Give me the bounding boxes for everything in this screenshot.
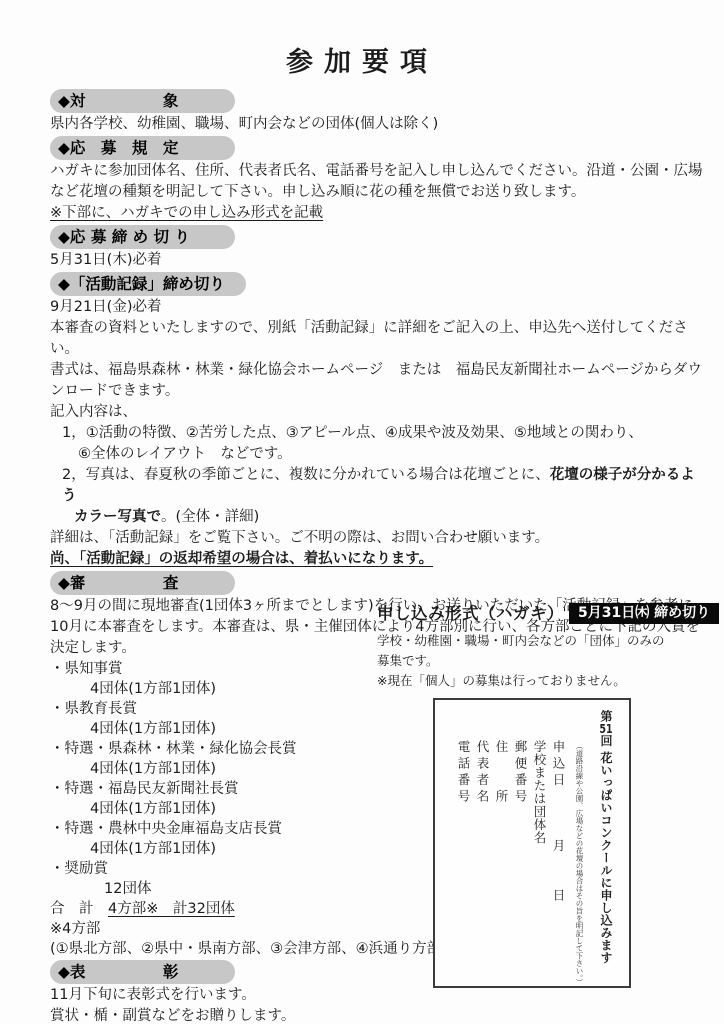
rules-note: ※下部に、ハガキでの申し込み形式を記載	[50, 203, 708, 224]
deadline-badge: 5月31日㈭ 締め切り	[569, 603, 719, 624]
total-label: 合 計	[50, 901, 108, 917]
awards-list: ・県知事賞 4団体(1方部1団体) ・県教育長賞 4団体(1方部1団体) ・特選…	[50, 659, 380, 899]
application-note-line3: ※現在「個人」の募集は行っておりません。	[377, 671, 689, 691]
ceremony-line1: 11月下旬に表彰式を行います。	[50, 985, 708, 1006]
section-heading-rules: ◆応 募 規 定	[50, 136, 235, 160]
section-heading-judging: ◆審 査	[50, 571, 235, 595]
ceremony-line2: 賞状・楯・副賞などをお贈りします。	[50, 1006, 708, 1024]
application-note-line2: 募集です。	[377, 651, 689, 671]
record-deadline-para4: 詳細は、「活動記録」をご覧下さい。ご不明の際は、お問い合わせ願います。	[50, 528, 708, 549]
postcard-title-number: 51	[599, 723, 613, 735]
record-deadline-date: 9月21日(金)必着	[50, 297, 708, 318]
postcard-title-post: 回 花いっぱいコンクールに申し込みます	[599, 735, 613, 965]
postcard-field-postal-code: 郵便番号	[511, 740, 529, 806]
rules-body: ハガキに参加団体名、住所、代表者氏名、電話番号を記入し申し込んでください。沿道・…	[50, 161, 708, 203]
application-format-header: 申し込み形式（ハガキ） 5月31日㈭ 締め切り	[377, 603, 689, 624]
postcard-field-phone-number: 電話番号	[454, 740, 472, 806]
postcard-sample: 第51回 花いっぱいコンクールに申し込みます （道路沿線や公園、広場などの花壇の…	[433, 698, 631, 988]
record-deadline-para3: 記入内容は、	[50, 402, 708, 423]
record-content-item2b: カラー写真で。(全体・詳細)	[50, 507, 708, 528]
item2-normal-text: 2，写真は、春夏秋の季節ごとに、複数に分かれている場合は花壇ごとに、	[62, 467, 550, 483]
award-count: 4団体(1方部1団体)	[50, 799, 380, 819]
record-content-item2: 2，写真は、春夏秋の季節ごとに、複数に分かれている場合は花壇ごとに、花壇の様子が…	[50, 465, 708, 507]
section-heading-record-deadline: ◆「活動記録」締め切り	[50, 272, 246, 296]
award-count: 4団体(1方部1団体)	[50, 839, 380, 859]
application-format-title: 申し込み形式（ハガキ）	[377, 604, 564, 624]
target-body: 県内各学校、幼稚園、職場、町内会などの団体(個人は除く)	[50, 114, 708, 135]
application-note-line1: 学校・幼稚園・職場・町内会などの「団体」のみの	[377, 631, 689, 651]
participation-guidelines-page: 参加要項 ◆対 象 県内各学校、幼稚園、職場、町内会などの団体(個人は除く) ◆…	[0, 0, 724, 1024]
record-deadline-para1: 本審査の資料といたしますので、別紙「活動記録」に詳細をご記入の上、申込先へ送付し…	[50, 318, 708, 360]
item2b-bold-text: カラー写真で	[74, 509, 161, 525]
postcard-title-pre: 第	[599, 710, 613, 723]
award-count: 4団体(1方部1団体)	[50, 719, 380, 739]
item2b-normal-text: 。(全体・詳細)	[161, 509, 259, 525]
postcard-field-address: 住 所	[492, 740, 510, 806]
award-count: 12団体	[50, 879, 380, 899]
record-deadline-para5: 尚、「活動記録」の返却希望の場合は、着払いになります。	[50, 549, 708, 570]
award-name: ・特選・農林中央金庫福島支店長賞	[50, 819, 380, 839]
section-heading-target: ◆対 象	[50, 89, 235, 113]
award-count: 4団体(1方部1団体)	[50, 679, 380, 699]
application-format-block: 申し込み形式（ハガキ） 5月31日㈭ 締め切り 学校・幼稚園・職場・町内会などの…	[377, 603, 689, 691]
award-name: ・県知事賞	[50, 659, 380, 679]
record-content-item1b: ⑥全体のレイアウト などです。	[50, 444, 708, 465]
postcard-title: 第51回 花いっぱいコンクールに申し込みます	[598, 710, 615, 964]
award-name: ・特選・県森林・林業・緑化協会長賞	[50, 739, 380, 759]
award-name: ・特選・福島民友新聞社長賞	[50, 779, 380, 799]
total-value: 4方部※ 計32団体	[108, 901, 235, 917]
entry-deadline-date: 5月31日(木)必着	[50, 250, 708, 271]
section-heading-entry-deadline: ◆応 募 締 め 切 り	[50, 225, 235, 249]
award-name: ・奨励賞	[50, 859, 380, 879]
postcard-field-application-date: 申込日 月 日	[549, 740, 567, 905]
postcard-field-representative-name: 代表者名	[473, 740, 491, 806]
record-deadline-para2: 書式は、福島県森林・林業・緑化協会ホームページ または 福島民友新聞社ホームペー…	[50, 360, 708, 402]
postcard-note: （道路沿線や公園、広場などの花壇の場合はその旨を明記して下さい。）	[574, 742, 585, 986]
page-title: 参加要項	[0, 40, 724, 79]
section-heading-ceremony: ◆表 彰	[50, 960, 235, 984]
postcard-field-school-or-group-name: 学校または団体名	[530, 740, 548, 844]
award-name: ・県教育長賞	[50, 699, 380, 719]
award-count: 4団体(1方部1団体)	[50, 759, 380, 779]
record-content-item1: 1，①活動の特徴、②苦労した点、③アピール点、④成果や波及効果、⑤地域との関わり…	[50, 423, 708, 444]
